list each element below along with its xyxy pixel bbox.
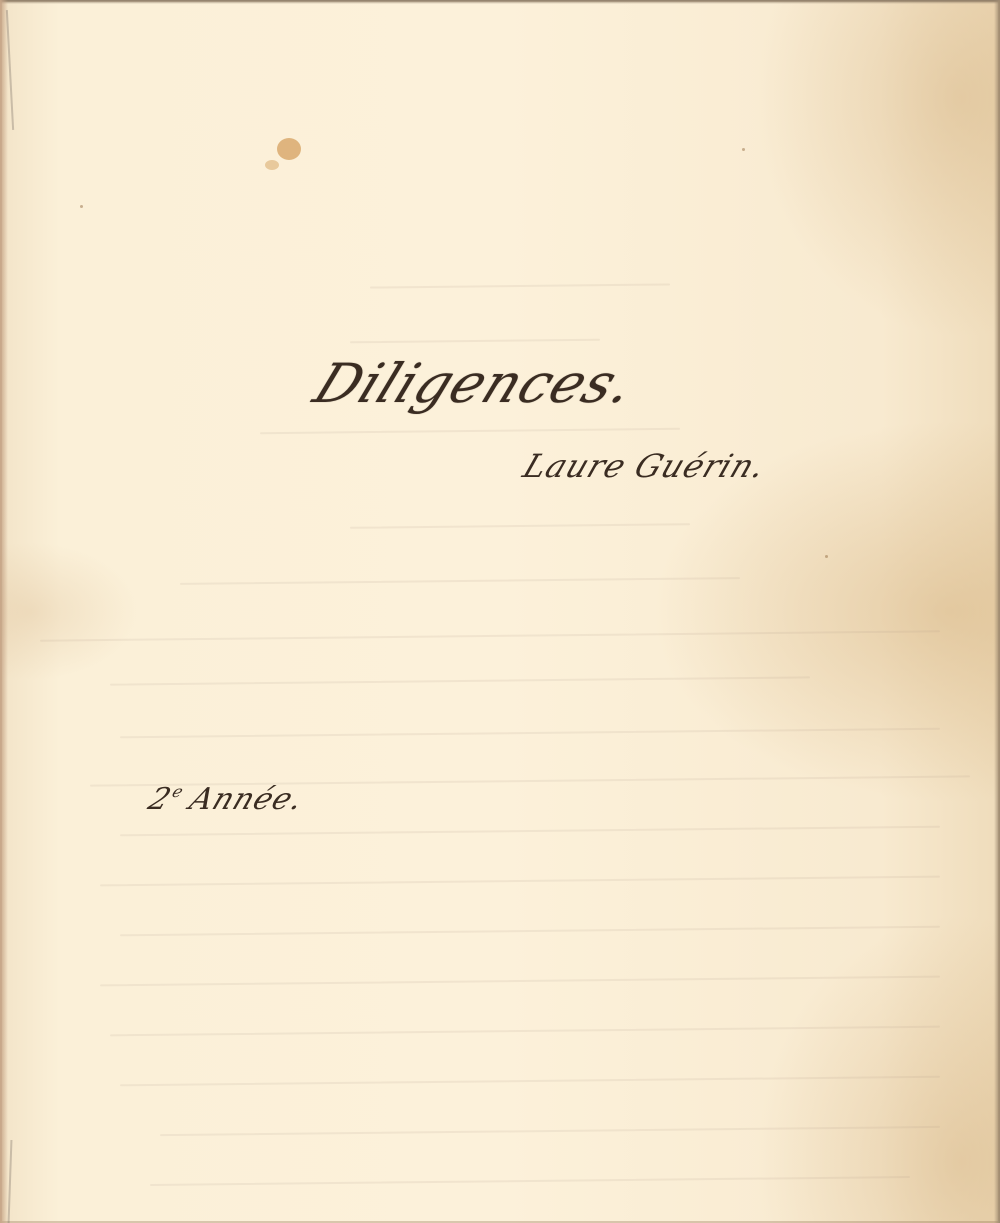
paper-speck	[742, 148, 745, 151]
bleed-through-line	[350, 523, 690, 529]
bleed-through-line	[100, 976, 940, 987]
author-name: Laure Guérin.	[518, 447, 772, 485]
bleed-through-line	[120, 926, 940, 937]
paper-speck	[80, 205, 83, 208]
bleed-through-line	[350, 339, 600, 344]
year-label: 2e Année.	[144, 782, 309, 817]
bleed-through-line	[120, 826, 940, 837]
ink-stain	[277, 138, 301, 160]
page-right-edge	[994, 0, 1000, 1223]
bleed-through-line	[260, 428, 680, 434]
ink-stain	[265, 160, 279, 170]
bleed-through-line	[120, 728, 940, 739]
bleed-through-line	[180, 577, 740, 585]
page-left-edge	[0, 0, 8, 1223]
page-crease	[8, 1140, 13, 1223]
bleed-through-line	[100, 876, 940, 887]
page-top-edge	[0, 0, 1000, 4]
bleed-through-line	[150, 1176, 910, 1186]
bleed-through-line	[370, 283, 670, 288]
paper-speck	[825, 555, 828, 558]
bleed-through-line	[40, 630, 940, 641]
manuscript-page: Diligences. Laure Guérin. 2e Année.	[0, 0, 1000, 1223]
bleed-through-line	[160, 1126, 940, 1136]
bleed-through-line	[110, 1026, 940, 1037]
year-word: Année.	[185, 782, 309, 817]
document-title: Diligences.	[305, 352, 645, 415]
bleed-through-line	[110, 676, 810, 685]
bleed-through-line	[120, 1076, 940, 1087]
